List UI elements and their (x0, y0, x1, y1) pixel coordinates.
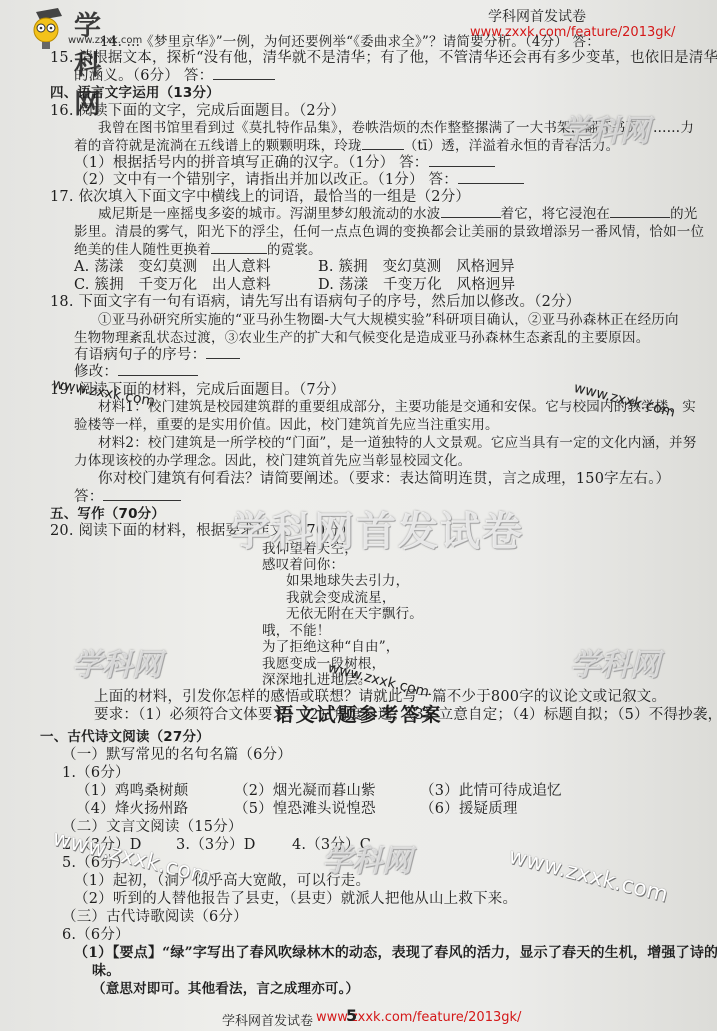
answer-section-1c: （三）古代诗歌阅读（6分） (62, 908, 248, 926)
text: 着的音符就是流淌在五线谱上的颗颗明珠，玲珑 (74, 138, 362, 154)
question-15-text: 的涵义。（6分） 答： (74, 68, 213, 84)
question-15-cont: 的涵义。（6分） 答： (74, 67, 275, 85)
answer-1-item-5: （5）惶恐滩头说惶恐 (234, 800, 376, 818)
question-19-answer: 答： (74, 488, 181, 506)
answer-key-title: 语文试题参考答案 (0, 700, 717, 727)
answer-blank[interactable] (362, 137, 404, 150)
header-title: 学科网首发试卷 (488, 6, 586, 26)
text: 的霓裳。 (267, 242, 322, 258)
answer-blank[interactable] (458, 171, 524, 184)
poem-line-7: 为了拒绝这种“自由”， (262, 638, 400, 656)
question-20: 20. 阅读下面的材料，根据要求作文。（70分） (50, 522, 355, 540)
footer-label: 学科网首发试卷 (222, 1010, 313, 1029)
answer-6: 6.（6分） (62, 926, 130, 944)
text: （2）文中有一个错别字，请指出并加以改正。（1分） 答： (74, 172, 458, 188)
question-15: 15. 请根据文本，探析“没有他，清华就不是清华；有了他，不管清华还会再有多少变… (50, 49, 717, 67)
question-16-sub-2: （2）文中有一个错别字，请指出并加以改正。（1分） 答： (74, 171, 524, 189)
text: （1）根据括号内的拼音填写正确的汉字。（1分） 答： (74, 155, 429, 171)
text: 的光 (670, 206, 697, 222)
question-16-text: 我曾在图书馆里看到过《莫扎特作品集》，卷帙浩烦的杰作整整摞满了一大书架，翻开书页… (98, 119, 694, 137)
answer-section-1a: （一）默写常见的名句名篇（6分） (62, 746, 292, 764)
answer-4: 4.（3分）C (292, 836, 371, 854)
answer-blank[interactable] (206, 346, 240, 359)
answer-1-item-2: （2）烟光凝而暮山紫 (234, 782, 376, 800)
option-c[interactable]: C. 簇拥 千变万化 出人意料 (74, 276, 271, 294)
option-d[interactable]: D. 荡漾 千变万化 风格迥异 (318, 276, 515, 294)
answer-6-note: （意思对即可。其他看法，言之成理亦可。） (92, 980, 359, 998)
question-17: 17. 依次填入下面文字中横线上的词语，最恰当的一组是（2分） (50, 188, 470, 206)
answer-blank[interactable] (441, 205, 501, 218)
text: 着它，将它浸泡在 (501, 206, 611, 222)
mascot-icon (28, 6, 68, 50)
answer-blank[interactable] (610, 205, 670, 218)
question-17-text-2: 影里。清晨的雾气，阳光下的浮尘，任何一点点色调的变换都会让美丽的景致增添另一番风… (74, 223, 704, 241)
text: 威尼斯是一座摇曳多姿的城市。泻湖里梦幻般流动的水波 (98, 206, 441, 222)
question-19-prompt: 你对校门建筑有何看法？请简要阐述。（要求：表达简明连贯，言之成理，150字左右。… (98, 470, 670, 488)
answer-blank[interactable] (103, 488, 181, 501)
option-b[interactable]: B. 簇拥 变幻莫测 风格迥异 (318, 258, 515, 276)
answer-6-1: （1）【要点】“绿”字写出了春风吹绿林木的动态，表现了春风的活力，显示了春天的生… (74, 944, 717, 962)
question-19-material-2-cont: 力体现该校的办学理念。因此，校门建筑首先应当彰显校园文化。 (74, 452, 471, 470)
answer-3: 3.（3分）D (176, 836, 256, 854)
answer-1-item-6: （6）援疑质理 (420, 800, 518, 818)
question-17-text-1: 威尼斯是一座摇曳多姿的城市。泻湖里梦幻般流动的水波着它，将它浸泡在的光 (98, 205, 698, 223)
poem-line-3: 如果地球失去引力， (286, 572, 409, 590)
answer-section-1: 一、古代诗文阅读（27分） (40, 728, 210, 746)
answer-blank[interactable] (429, 154, 495, 167)
answer-1-item-3: （3）此情可待成追忆 (420, 782, 562, 800)
question-18-text-1: ①亚马孙研究所实施的“亚马孙生物圈-大气大规模实验”科研项目确认，②亚马孙森林正… (98, 311, 679, 329)
answer-blank[interactable] (118, 363, 198, 376)
section-5-heading: 五、写作（70分） (50, 505, 165, 523)
answer-blank[interactable] (213, 67, 275, 80)
text: 答： (74, 489, 103, 505)
option-a[interactable]: A. 荡漾 变幻莫测 出人意料 (74, 258, 271, 276)
question-18: 18. 下面文字有一句有语病，请先写出有语病句子的序号，然后加以修改。（2分） (50, 293, 580, 311)
poem-line-5: 无依无附在天宇飘行。 (286, 605, 423, 623)
question-19-material-1-cont: 验楼等一样，重要的是实用价值。因此，校门建筑首先应当注重实用。 (74, 416, 499, 434)
answer-blank[interactable] (211, 241, 267, 254)
question-16: 16. 阅读下面的文字，完成后面题目。（2分） (50, 102, 345, 120)
question-18-answer-2: 修改： (74, 363, 198, 381)
text: 有语病句子的序号： (74, 347, 206, 363)
answer-5-1: （1）起初，（洞）似乎高大宽敞，可以行走。 (74, 872, 370, 890)
question-18-text-2: 生物物理紊乱状态过渡，③农业生产的扩大和气候变化是造成亚马孙森林生态紊乱的主要原… (74, 329, 649, 347)
text: （tī）透，洋溢着永恒的青春活力。 (404, 138, 620, 154)
question-16-sub-1: （1）根据括号内的拼音填写正确的汉字。（1分） 答： (74, 154, 495, 172)
answer-1-item-1: （1）鸡鸣桑树颠 (76, 782, 188, 800)
question-19-material-2: 材料2：校门建筑是一所学校的“门面”，是一道独特的人文景观。它应当具有一定的文化… (98, 434, 696, 452)
answer-1-item-4: （4）烽火扬州路 (76, 800, 188, 818)
answer-5-2: （2）听到的人替他报告了县吏，（县吏）就派人把他从山上救下来。 (74, 890, 517, 908)
page-number: 5 (346, 1006, 357, 1025)
question-16-text-2: 着的音符就是流淌在五线谱上的颗颗明珠，玲珑（tī）透，洋溢着永恒的青春活力。 (74, 137, 619, 155)
text: 绝美的佳人随性更换着 (74, 242, 211, 258)
question-18-answer-1: 有语病句子的序号： (74, 346, 240, 364)
section-4-heading: 四、语言文字运用（13分） (50, 84, 220, 102)
text: 修改： (74, 364, 118, 380)
answer-6-1-cont: 味。 (92, 962, 120, 980)
answer-1: 1.（6分） (62, 764, 130, 782)
question-17-text-3: 绝美的佳人随性更换着的霓裳。 (74, 241, 322, 259)
